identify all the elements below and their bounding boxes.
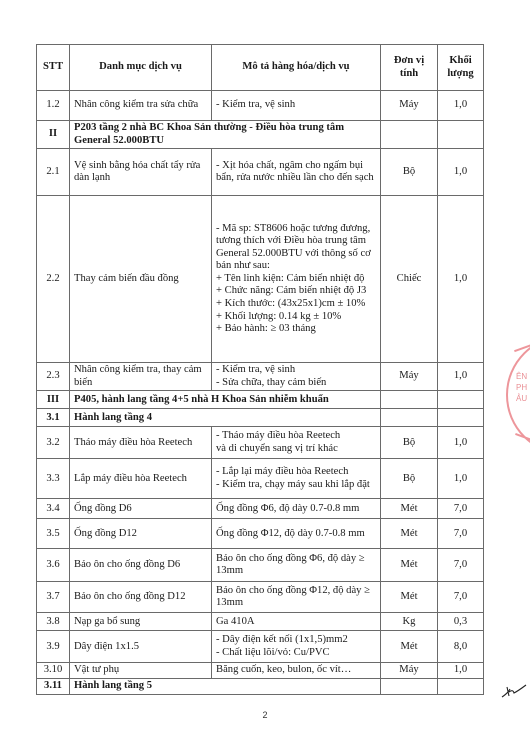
cell-description: Ống đồng Φ6, độ dày 0.7-0.8 mm [212,499,381,519]
cell-quantity [438,391,484,409]
cell-unit: Mét [381,549,438,582]
cell-category: Vật tư phụ [70,663,212,679]
cell-category: Nạp ga bổ sung [70,613,212,631]
table-row: 3.6Bảo ôn cho ống đồng D6Bảo ôn cho ống … [37,549,484,582]
cell-unit [381,409,438,427]
description-line: Ga 410A [216,616,376,629]
table-body: 1.2Nhân công kiểm tra sửa chữa- Kiểm tra… [37,91,484,695]
cell-stt: 1.2 [37,91,70,121]
description-line: - Xịt hóa chất, ngâm cho ngấm bụi bẩn, r… [216,160,376,185]
cell-unit: Bộ [381,149,438,196]
cell-category: Lắp máy điều hòa Reetech [70,459,212,499]
cell-description: - Kiểm tra, vệ sinh- Sửa chữa, thay cảm … [212,363,381,391]
description-line: Ống đồng Φ6, độ dày 0.7-0.8 mm [216,503,376,516]
description-line: + Khối lượng: 0.14 kg ± 10% [216,311,376,324]
table-row: 1.2Nhân công kiểm tra sửa chữa- Kiểm tra… [37,91,484,121]
page-number: 2 [0,710,530,720]
cell-quantity: 1,0 [438,149,484,196]
description-line: - Kiểm tra, vệ sinh [216,364,376,377]
cell-stt: 3.1 [37,409,70,427]
cell-description: - Kiểm tra, vệ sinh [212,91,381,121]
cell-category: Ống đồng D6 [70,499,212,519]
cell-stt: 2.1 [37,149,70,196]
cell-stt: III [37,391,70,409]
cell-unit: Máy [381,363,438,391]
cell-description: - Lắp lại máy điều hòa Reetech- Kiểm tra… [212,459,381,499]
cell-quantity: 7,0 [438,519,484,549]
description-line: - Chất liệu lõi/vỏ: Cu/PVC [216,647,376,660]
table-row: 3.9Dây điện 1x1.5- Dây điện kết nối (1x1… [37,631,484,663]
description-line: - Lắp lại máy điều hòa Reetech [216,466,376,479]
description-line: và di chuyển sang vị trí khác [216,443,376,456]
table-row: 3.10Vật tư phụBăng cuốn, keo, bulon, ốc … [37,663,484,679]
table-row: 2.1Vệ sinh bằng hóa chất tẩy rửa dàn lạn… [37,149,484,196]
table-row: 2.2Thay cảm biến đầu đồng- Mã sp: ST8606… [37,196,484,363]
description-line: - Dây điện kết nối (1x1,5)mm2 [216,634,376,647]
cell-category: Nhân công kiểm tra sửa chữa [70,91,212,121]
cell-quantity: 1,0 [438,363,484,391]
cell-stt: 3.6 [37,549,70,582]
cell-quantity [438,121,484,149]
cell-description: Băng cuốn, keo, bulon, ốc vít… [212,663,381,679]
cell-category: Dây điện 1x1.5 [70,631,212,663]
cell-quantity: 7,0 [438,499,484,519]
table-row: 2.3Nhân công kiểm tra, thay cảm biến- Ki… [37,363,484,391]
cell-quantity: 1,0 [438,663,484,679]
cell-stt: 3.4 [37,499,70,519]
cell-stt: II [37,121,70,149]
description-line: - Mã sp: ST8606 hoặc tương đương, tương … [216,223,376,273]
description-line: - Tháo máy điều hòa Reetech [216,430,376,443]
stamp-text: ÊN [516,371,530,382]
cell-unit: Mét [381,582,438,613]
cell-category: Bảo ôn cho ống đồng D12 [70,582,212,613]
cell-unit [381,391,438,409]
cell-stt: 3.8 [37,613,70,631]
cell-stt: 3.3 [37,459,70,499]
cell-description: Bảo ôn cho ống đồng Φ6, độ dày ≥ 13mm [212,549,381,582]
description-line: - Sửa chữa, thay cảm biến [216,377,376,390]
header-unit: Đơn vị tính [381,45,438,91]
cell-stt: 3.5 [37,519,70,549]
cell-category: Ống đồng D12 [70,519,212,549]
cell-section-title: Hành lang tầng 5 [70,678,381,694]
description-line: - Kiểm tra, vệ sinh [216,99,376,112]
cell-stt: 3.10 [37,663,70,679]
table-row: 3.2Tháo máy điều hòa Reetech- Tháo máy đ… [37,427,484,459]
description-line: + Kích thước: (43x25x1)cm ± 10% [216,298,376,311]
cell-quantity: 8,0 [438,631,484,663]
cell-description: - Xịt hóa chất, ngâm cho ngấm bụi bẩn, r… [212,149,381,196]
cell-category: Thay cảm biến đầu đồng [70,196,212,363]
cell-quantity [438,409,484,427]
cell-quantity [438,678,484,694]
description-line: + Bảo hành: ≥ 03 tháng [216,323,376,336]
cell-stt: 2.2 [37,196,70,363]
cell-stt: 3.9 [37,631,70,663]
cell-description: Bảo ôn cho ống đồng Φ12, độ dày ≥ 13mm [212,582,381,613]
cell-stt: 3.11 [37,678,70,694]
table-row: 3.8Nạp ga bổ sungGa 410AKg0,3 [37,613,484,631]
cell-unit: Mét [381,519,438,549]
cell-quantity: 7,0 [438,582,484,613]
cell-quantity: 1,0 [438,427,484,459]
cell-section-title: P203 tầng 2 nhà BC Khoa Sản thường - Điề… [70,121,381,149]
cell-section-title: Hành lang tầng 4 [70,409,381,427]
services-table: STT Danh mục dịch vụ Mô tả hàng hóa/dịch… [36,44,484,695]
cell-description: Ống đồng Φ12, độ dày 0.7-0.8 mm [212,519,381,549]
cell-quantity: 0,3 [438,613,484,631]
cell-unit [381,678,438,694]
description-line: - Kiểm tra, chạy máy sau khi lắp đặt [216,479,376,492]
description-line: Bảo ôn cho ống đồng Φ6, độ dày ≥ 13mm [216,553,376,578]
cell-stt: 3.2 [37,427,70,459]
section-row: IIP203 tầng 2 nhà BC Khoa Sản thường - Đ… [37,121,484,149]
description-line: Băng cuốn, keo, bulon, ốc vít… [216,664,376,677]
cell-description: - Mã sp: ST8606 hoặc tương đương, tương … [212,196,381,363]
header-description: Mô tả hàng hóa/dịch vụ [212,45,381,91]
section-row: 3.1Hành lang tầng 4 [37,409,484,427]
red-seal-stamp: ÊNPHẢU [506,335,530,455]
cell-unit [381,121,438,149]
cell-unit: Mét [381,499,438,519]
cell-unit: Bộ [381,427,438,459]
cell-unit: Kg [381,613,438,631]
section-row: 3.11Hành lang tầng 5 [37,678,484,694]
table-row: 3.5Ống đồng D12Ống đồng Φ12, độ dày 0.7-… [37,519,484,549]
header-stt: STT [37,45,70,91]
cell-quantity: 1,0 [438,91,484,121]
table-row: 3.3Lắp máy điều hòa Reetech- Lắp lại máy… [37,459,484,499]
signature-icon [500,683,528,699]
cell-quantity: 7,0 [438,549,484,582]
cell-category: Vệ sinh bằng hóa chất tẩy rửa dàn lạnh [70,149,212,196]
table-row: 3.4Ống đồng D6Ống đồng Φ6, độ dày 0.7-0.… [37,499,484,519]
table-row: 3.7Bảo ôn cho ống đồng D12Bảo ôn cho ống… [37,582,484,613]
cell-unit: Bộ [381,459,438,499]
stamp-text: ẢU [516,393,530,404]
header-quantity: Khối lượng [438,45,484,91]
stamp-text: PH [516,382,530,393]
cell-description: - Dây điện kết nối (1x1,5)mm2- Chất liệu… [212,631,381,663]
cell-unit: Mét [381,631,438,663]
section-row: IIIP405, hành lang tầng 4+5 nhà H Khoa S… [37,391,484,409]
cell-quantity: 1,0 [438,196,484,363]
cell-quantity: 1,0 [438,459,484,499]
cell-unit: Máy [381,91,438,121]
description-line: Ống đồng Φ12, độ dày 0.7-0.8 mm [216,528,376,541]
cell-description: - Tháo máy điều hòa Reetech và di chuyển… [212,427,381,459]
description-line: + Chức năng: Cảm biến nhiệt độ J3 [216,285,376,298]
cell-description: Ga 410A [212,613,381,631]
cell-category: Tháo máy điều hòa Reetech [70,427,212,459]
cell-unit: Chiếc [381,196,438,363]
document-page: STT Danh mục dịch vụ Mô tả hàng hóa/dịch… [0,0,530,756]
cell-category: Nhân công kiểm tra, thay cảm biến [70,363,212,391]
table-header-row: STT Danh mục dịch vụ Mô tả hàng hóa/dịch… [37,45,484,91]
cell-section-title: P405, hành lang tầng 4+5 nhà H Khoa Sản … [70,391,381,409]
cell-stt: 3.7 [37,582,70,613]
cell-category: Bảo ôn cho ống đồng D6 [70,549,212,582]
cell-unit: Máy [381,663,438,679]
description-line: Bảo ôn cho ống đồng Φ12, độ dày ≥ 13mm [216,585,376,610]
description-line: + Tên linh kiện: Cảm biến nhiệt độ [216,273,376,286]
cell-stt: 2.3 [37,363,70,391]
header-category: Danh mục dịch vụ [70,45,212,91]
